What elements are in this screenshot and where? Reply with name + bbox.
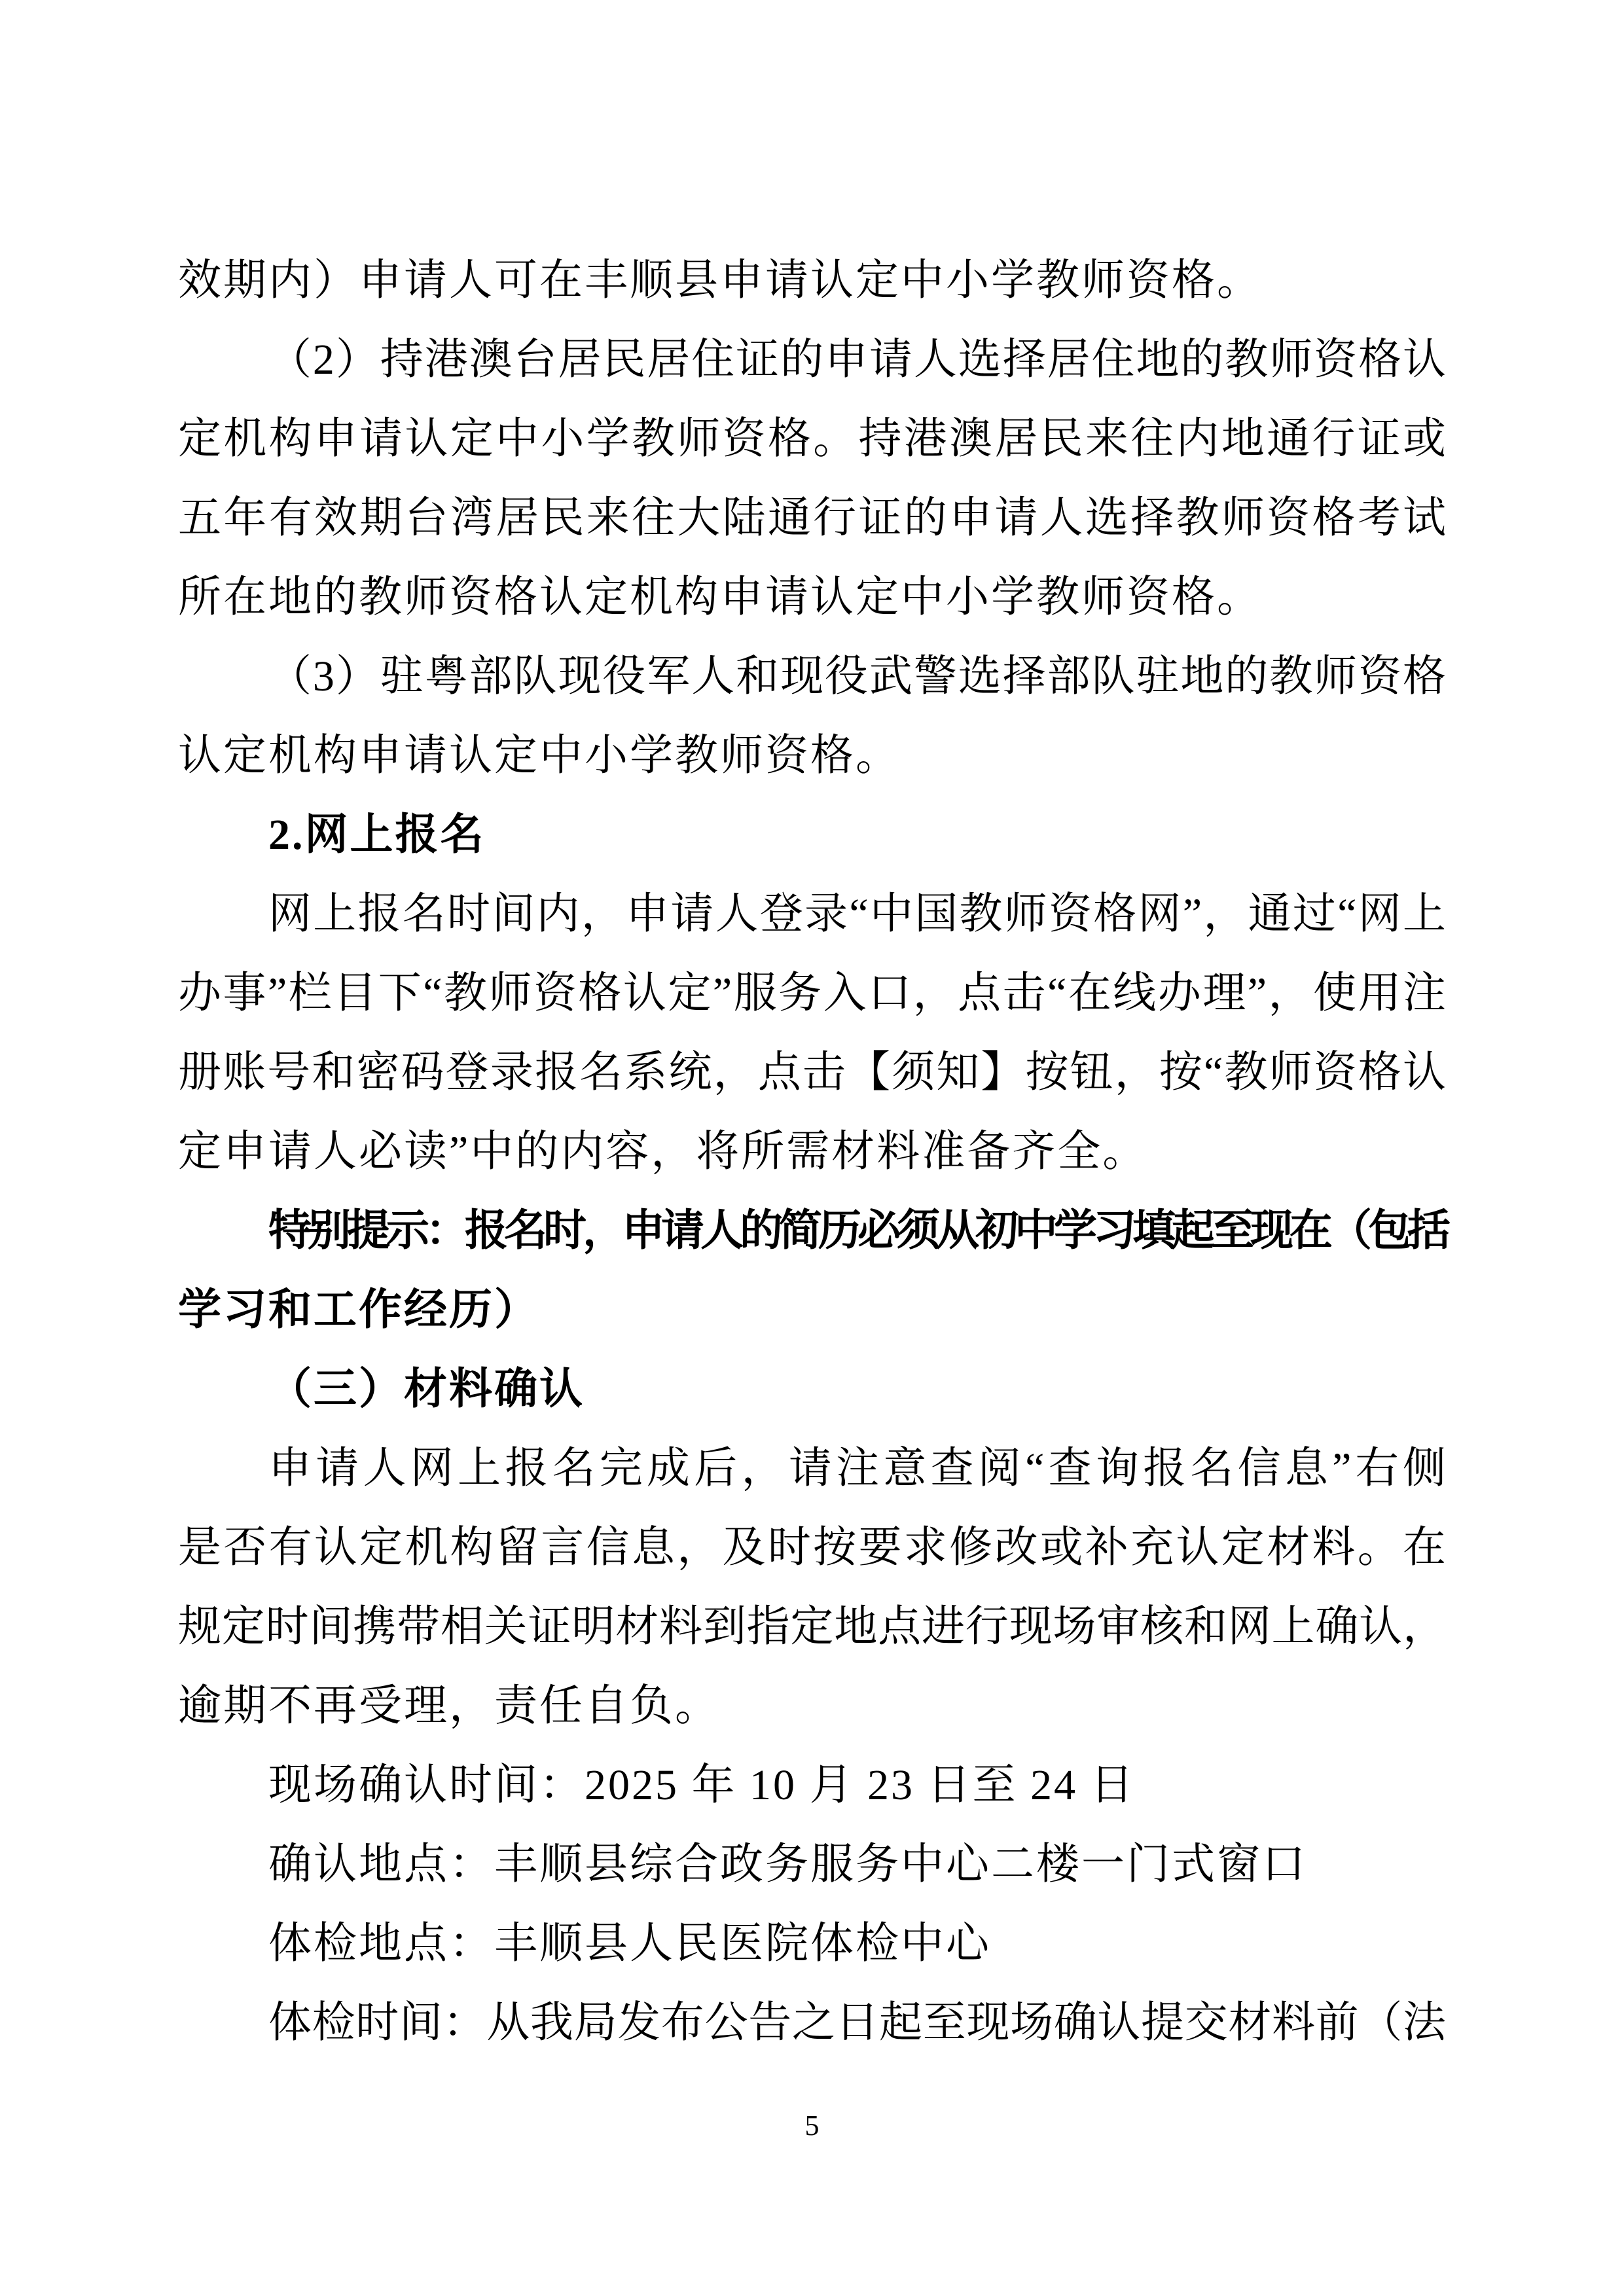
text-line: 认定机构申请认定中小学教师资格。 [178,716,1446,795]
text-line: 五年有效期台湾居民来往大陆通行证的申请人选择教师资格考试 [178,478,1446,558]
document-page: 效期内）申请人可在丰顺县申请认定中小学教师资格。 （2）持港澳台居民居住证的申请… [0,0,1624,2296]
special-note-line: 特别提示：报名时，申请人的简历必须从初中学习填起至现在（包括 [178,1191,1446,1270]
document-body: 效期内）申请人可在丰顺县申请认定中小学教师资格。 （2）持港澳台居民居住证的申请… [178,241,1446,2062]
text-line: 逾期不再受理，责任自负。 [178,1666,1446,1746]
text-line: （3）驻粤部队现役军人和现役武警选择部队驻地的教师资格 [178,637,1446,716]
text-line: 所在地的教师资格认定机构申请认定中小学教师资格。 [178,558,1446,637]
text-line: 现场确认时间：2025 年 10 月 23 日至 24 日 [178,1746,1446,1825]
text-line: 办事”栏目下“教师资格认定”服务入口，点击“在线办理”，使用注 [178,954,1446,1033]
text-line: 网上报名时间内，申请人登录“中国教师资格网”，通过“网上 [178,874,1446,954]
text-line: 体检时间：从我局发布公告之日起至现场确认提交材料前（法 [178,1983,1446,2062]
text-line: 体检地点：丰顺县人民医院体检中心 [178,1904,1446,1983]
special-note-line: 学习和工作经历） [178,1270,1446,1350]
text-line: 规定时间携带相关证明材料到指定地点进行现场审核和网上确认， [178,1587,1446,1666]
text-line: 效期内）申请人可在丰顺县申请认定中小学教师资格。 [178,241,1446,320]
text-line: 册账号和密码登录报名系统，点击【须知】按钮，按“教师资格认 [178,1033,1446,1112]
text-line: 定机构申请认定中小学教师资格。持港澳居民来往内地通行证或 [178,399,1446,478]
text-line: 确认地点：丰顺县综合政务服务中心二楼一门式窗口 [178,1825,1446,1904]
page-number: 5 [0,2106,1624,2145]
text-line: 定申请人必读”中的内容，将所需材料准备齐全。 [178,1112,1446,1191]
section-heading: 2.网上报名 [178,795,1446,874]
text-line: 是否有认定机构留言信息，及时按要求修改或补充认定材料。在 [178,1508,1446,1587]
text-line: （2）持港澳台居民居住证的申请人选择居住地的教师资格认 [178,320,1446,399]
subsection-heading: （三）材料确认 [178,1350,1446,1429]
text-line: 申请人网上报名完成后，请注意查阅“查询报名信息”右侧 [178,1429,1446,1508]
